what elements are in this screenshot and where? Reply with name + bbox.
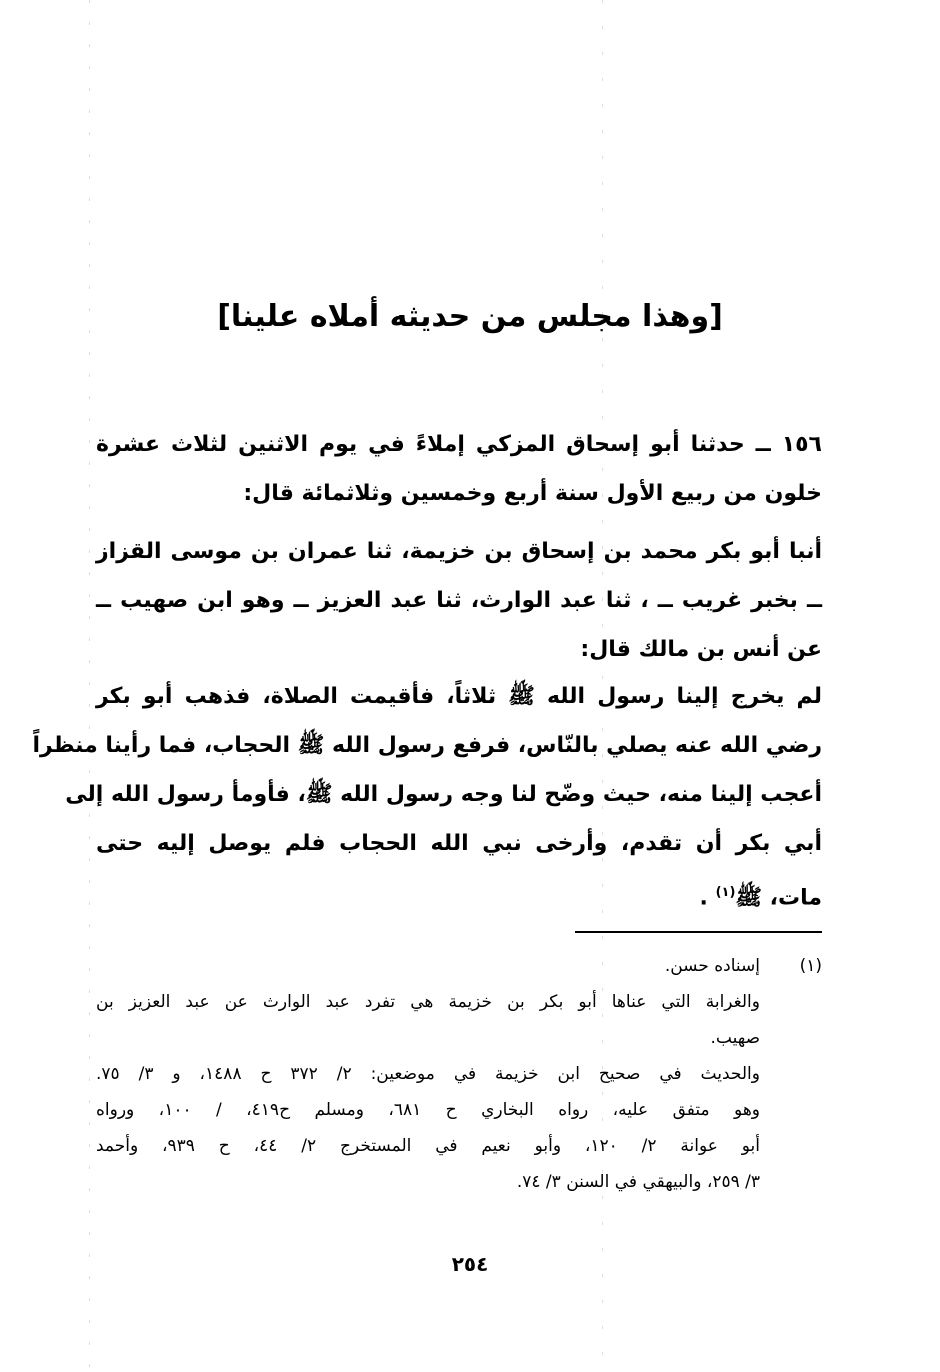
footnote-line: أبو عوانة ٢/ ١٢٠، وأبو نعيم في المستخرج … — [96, 1128, 760, 1164]
text-line: ١٥٦ ــ حدثنا أبو إسحاق المزكي إملاءً في … — [96, 420, 822, 469]
text-line: خلون من ربيع الأول سنة أربع وخمسين وثلاث… — [96, 469, 822, 518]
text-line: عن أنس بن مالك قال: — [96, 625, 822, 674]
footnote-line: إسناده حسن. — [96, 948, 760, 984]
footnote-line: وهو متفق عليه، رواه البخاري ح ٦٨١، ومسلم… — [96, 1092, 760, 1128]
hadith-intro: ١٥٦ ــ حدثنا أبو إسحاق المزكي إملاءً في … — [96, 420, 822, 518]
page-number: ٢٥٤ — [0, 1252, 940, 1276]
text-line: لم يخرج إلينا رسول الله ﷺ ثلاثاً، فأقيمت… — [96, 672, 822, 721]
text-line: أعجب إلينا منه، حيث وضّح لنا وجه رسول ال… — [96, 770, 822, 819]
footnote-marker: (١) — [800, 948, 822, 984]
footnote-separator — [575, 931, 822, 933]
text-line: ــ بخبر غريب ــ ، ثنا عبد الوارث، ثنا عب… — [96, 576, 822, 625]
text-line: رضي الله عنه يصلي بالنّاس، فرفع رسول الل… — [96, 721, 822, 770]
footnote-1: (١) إسناده حسن. والغرابة التي عناها أبو … — [96, 948, 822, 1200]
end-mark: . — [700, 885, 708, 910]
scan-artifact — [89, 0, 90, 1372]
section-heading: [وهذا مجلس من حديثه أملاه علينا] — [0, 292, 940, 342]
matn-last-text: مات، ﷺ — [735, 885, 822, 910]
footnote-ref[interactable]: (١) — [716, 885, 736, 900]
footnote-line: ٣/ ٢٥٩، والبيهقي في السنن ٣/ ٧٤. — [96, 1164, 760, 1200]
hadith-isnad: أنبا أبو بكر محمد بن إسحاق بن خزيمة، ثنا… — [96, 527, 822, 674]
text-line: أبي بكر أن تقدم، وأرخى نبي الله الحجاب ف… — [96, 819, 822, 868]
footnote-body: إسناده حسن. — [96, 948, 760, 984]
footnote-line: صهيب. — [96, 1020, 760, 1056]
book-page: [وهذا مجلس من حديثه أملاه علينا] ١٥٦ ــ … — [0, 0, 940, 1372]
footnote-line: والغرابة التي عناها أبو بكر بن خزيمة هي … — [96, 984, 760, 1020]
text-line: أنبا أبو بكر محمد بن إسحاق بن خزيمة، ثنا… — [96, 527, 822, 576]
text-line: مات، ﷺ(١) . — [96, 868, 822, 922]
footnote-line: والحديث في صحيح ابن خزيمة في موضعين: ٢/ … — [96, 1056, 760, 1092]
footnote-body-cont: والغرابة التي عناها أبو بكر بن خزيمة هي … — [96, 984, 760, 1200]
hadith-matn: لم يخرج إلينا رسول الله ﷺ ثلاثاً، فأقيمت… — [96, 672, 822, 922]
